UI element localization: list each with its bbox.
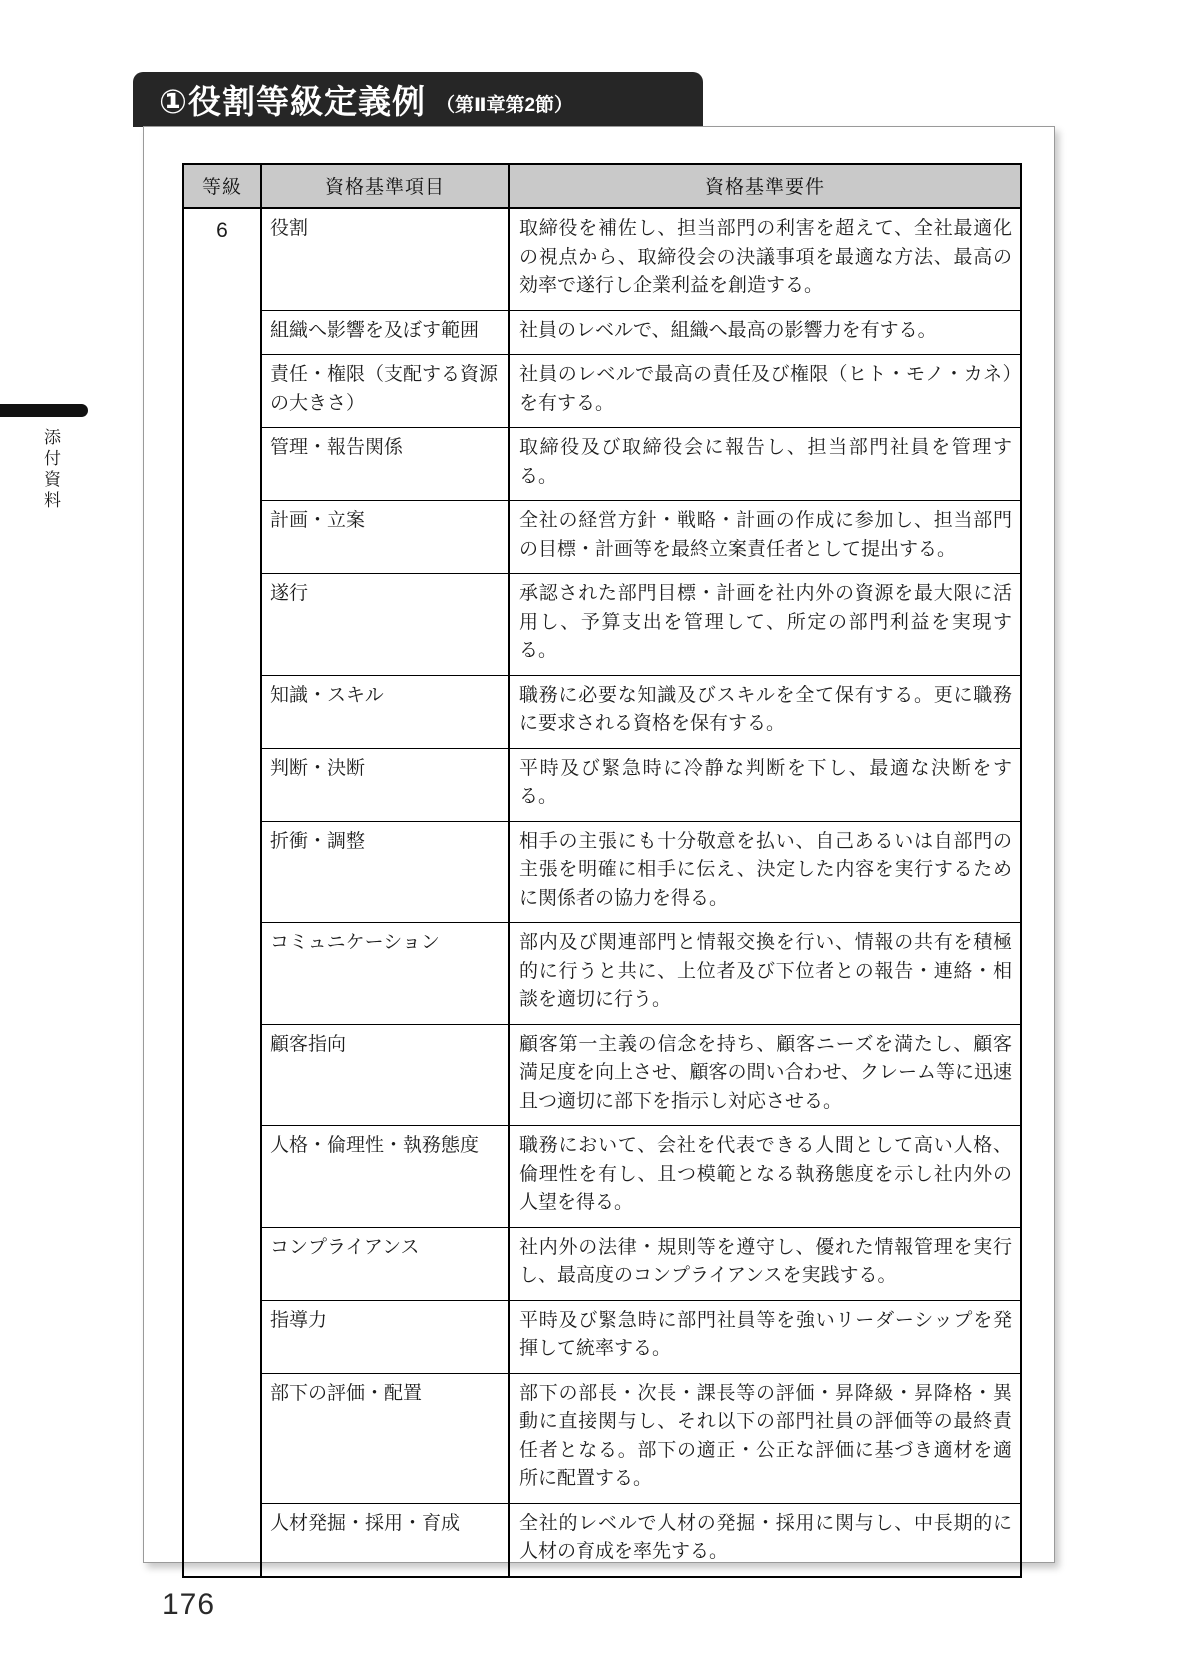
criteria-item-cell: 部下の評価・配置: [261, 1373, 509, 1503]
criteria-requirement-cell: 相手の主張にも十分敬意を払い、自己あるいは自部門の主張を明確に相手に伝え、決定し…: [509, 821, 1021, 923]
grade-definition-table: 等級 資格基準項目 資格基準要件 6役割取締役を補佐し、担当部門の利害を超えて、…: [182, 163, 1022, 1578]
table-row: 管理・報告関係取締役及び取締役会に報告し、担当部門社員を管理する。: [183, 428, 1021, 501]
table-row: 折衝・調整相手の主張にも十分敬意を払い、自己あるいは自部門の主張を明確に相手に伝…: [183, 821, 1021, 923]
table-row: 計画・立案全社の経営方針・戦略・計画の作成に参加し、担当部門の目標・計画等を最終…: [183, 501, 1021, 574]
table-row: コンプライアンス社内外の法律・規則等を遵守し、優れた情報管理を実行し、最高度のコ…: [183, 1227, 1021, 1300]
criteria-requirement-cell: 社内外の法律・規則等を遵守し、優れた情報管理を実行し、最高度のコンプライアンスを…: [509, 1227, 1021, 1300]
section-title: ①役割等級定義例: [159, 76, 426, 123]
section-title-bar: ①役割等級定義例 （第Ⅱ章第2節）: [133, 72, 703, 127]
table-row: 指導力平時及び緊急時に部門社員等を強いリーダーシップを発揮して統率する。: [183, 1300, 1021, 1373]
header-grade: 等級: [183, 164, 261, 208]
criteria-requirement-cell: 取締役を補佐し、担当部門の利害を超えて、全社最適化の視点から、取締役会の決議事項…: [509, 208, 1021, 310]
criteria-requirement-cell: 顧客第一主義の信念を持ち、顧客ニーズを満たし、顧客満足度を向上させ、顧客の問い合…: [509, 1024, 1021, 1126]
table-row: 人材発掘・採用・育成全社的レベルで人材の発掘・採用に関与し、中長期的に人材の育成…: [183, 1503, 1021, 1577]
table-row: 知識・スキル職務に必要な知識及びスキルを全て保有する。更に職務に要求される資格を…: [183, 675, 1021, 748]
criteria-item-cell: コミュニケーション: [261, 923, 509, 1025]
criteria-item-cell: 人材発掘・採用・育成: [261, 1503, 509, 1577]
grade-cell: 6: [183, 208, 261, 1577]
criteria-requirement-cell: 平時及び緊急時に部門社員等を強いリーダーシップを発揮して統率する。: [509, 1300, 1021, 1373]
table-row: 人格・倫理性・執務態度職務において、会社を代表できる人間として高い人格、倫理性を…: [183, 1126, 1021, 1228]
criteria-requirement-cell: 部下の部長・次長・課長等の評価・昇降級・昇降格・異動に直接関与し、それ以下の部門…: [509, 1373, 1021, 1503]
criteria-requirement-cell: 職務において、会社を代表できる人間として高い人格、倫理性を有し、且つ模範となる執…: [509, 1126, 1021, 1228]
content-card: 等級 資格基準項目 資格基準要件 6役割取締役を補佐し、担当部門の利害を超えて、…: [143, 126, 1055, 1563]
criteria-requirement-cell: 社員のレベルで最高の責任及び権限（ヒト・モノ・カネ）を有する。: [509, 355, 1021, 428]
table-row: 組織へ影響を及ぼす範囲社員のレベルで、組織へ最高の影響力を有する。: [183, 310, 1021, 355]
table-row: 部下の評価・配置部下の部長・次長・課長等の評価・昇降級・昇降格・異動に直接関与し…: [183, 1373, 1021, 1503]
criteria-requirement-cell: 部内及び関連部門と情報交換を行い、情報の共有を積極的に行うと共に、上位者及び下位…: [509, 923, 1021, 1025]
table-header-row: 等級 資格基準項目 資格基準要件: [183, 164, 1021, 208]
criteria-item-cell: コンプライアンス: [261, 1227, 509, 1300]
criteria-item-cell: 遂行: [261, 574, 509, 676]
criteria-item-cell: 役割: [261, 208, 509, 310]
criteria-item-cell: 人格・倫理性・執務態度: [261, 1126, 509, 1228]
criteria-item-cell: 責任・権限（支配する資源の大きさ）: [261, 355, 509, 428]
table-row: 顧客指向顧客第一主義の信念を持ち、顧客ニーズを満たし、顧客満足度を向上させ、顧客…: [183, 1024, 1021, 1126]
criteria-requirement-cell: 承認された部門目標・計画を社内外の資源を最大限に活用し、予算支出を管理して、所定…: [509, 574, 1021, 676]
criteria-requirement-cell: 全社の経営方針・戦略・計画の作成に参加し、担当部門の目標・計画等を最終立案責任者…: [509, 501, 1021, 574]
criteria-requirement-cell: 平時及び緊急時に冷静な判断を下し、最適な決断をする。: [509, 748, 1021, 821]
sidebar-tab-label: 添付資料: [38, 428, 63, 512]
criteria-item-cell: 組織へ影響を及ぼす範囲: [261, 310, 509, 355]
sidebar-tab-bar: [0, 404, 88, 417]
header-criteria-item: 資格基準項目: [261, 164, 509, 208]
page-number: 176: [162, 1588, 215, 1622]
criteria-requirement-cell: 取締役及び取締役会に報告し、担当部門社員を管理する。: [509, 428, 1021, 501]
criteria-item-cell: 計画・立案: [261, 501, 509, 574]
criteria-item-cell: 判断・決断: [261, 748, 509, 821]
criteria-item-cell: 管理・報告関係: [261, 428, 509, 501]
criteria-item-cell: 知識・スキル: [261, 675, 509, 748]
table-row: コミュニケーション部内及び関連部門と情報交換を行い、情報の共有を積極的に行うと共…: [183, 923, 1021, 1025]
table-row: 責任・権限（支配する資源の大きさ）社員のレベルで最高の責任及び権限（ヒト・モノ・…: [183, 355, 1021, 428]
criteria-item-cell: 折衝・調整: [261, 821, 509, 923]
document-page: 添付資料 ①役割等級定義例 （第Ⅱ章第2節） 等級 資格基準項目 資格基準要件 …: [0, 0, 1181, 1676]
table-row: 判断・決断平時及び緊急時に冷静な判断を下し、最適な決断をする。: [183, 748, 1021, 821]
criteria-item-cell: 顧客指向: [261, 1024, 509, 1126]
table-row: 遂行承認された部門目標・計画を社内外の資源を最大限に活用し、予算支出を管理して、…: [183, 574, 1021, 676]
header-criteria-requirement: 資格基準要件: [509, 164, 1021, 208]
table-row: 6役割取締役を補佐し、担当部門の利害を超えて、全社最適化の視点から、取締役会の決…: [183, 208, 1021, 310]
criteria-requirement-cell: 全社的レベルで人材の発掘・採用に関与し、中長期的に人材の育成を率先する。: [509, 1503, 1021, 1577]
criteria-item-cell: 指導力: [261, 1300, 509, 1373]
criteria-requirement-cell: 社員のレベルで、組織へ最高の影響力を有する。: [509, 310, 1021, 355]
criteria-requirement-cell: 職務に必要な知識及びスキルを全て保有する。更に職務に要求される資格を保有する。: [509, 675, 1021, 748]
section-title-chapter-ref: （第Ⅱ章第2節）: [436, 90, 573, 117]
